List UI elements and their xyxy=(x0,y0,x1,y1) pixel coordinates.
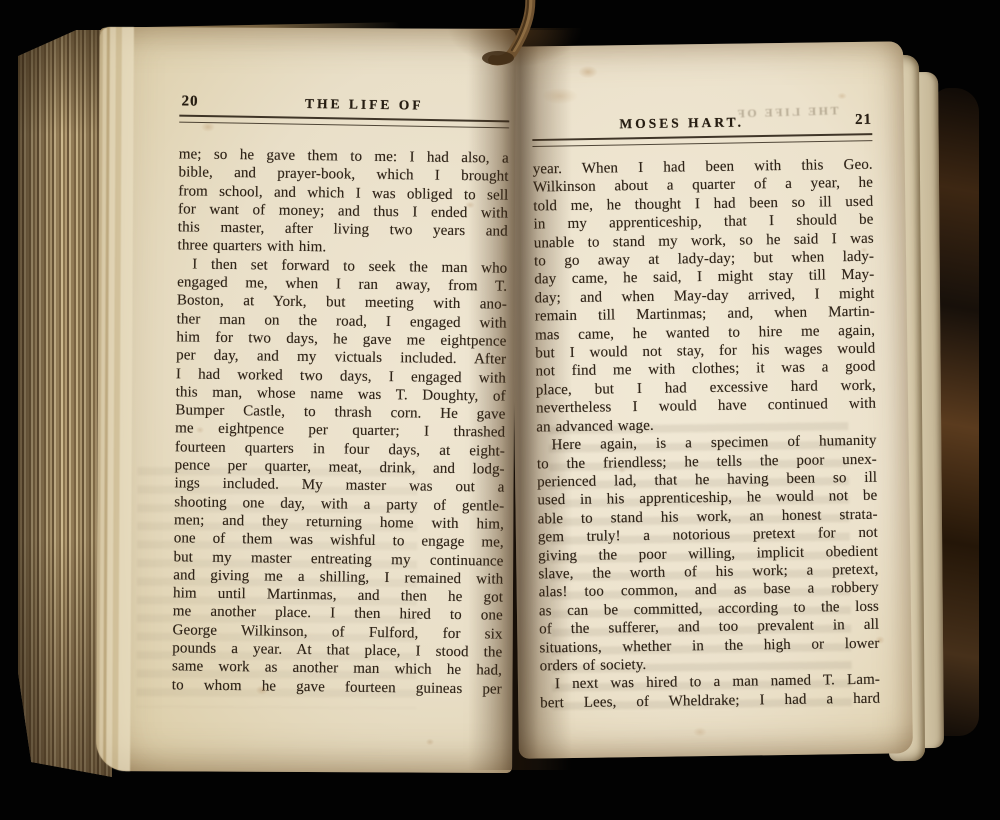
header-rule-right xyxy=(532,133,872,147)
book-photograph: { "photo": { "background": "#020202", "p… xyxy=(0,0,1000,820)
right-page: THE LIFE OF MOSES HART. 21 year. When I … xyxy=(509,41,913,758)
page-number-left: 20 xyxy=(181,93,198,110)
running-title-right: MOSES HART. xyxy=(619,115,744,133)
bookmark-cord xyxy=(478,0,568,75)
right-page-text-block: MOSES HART. 21 year. When I had been wit… xyxy=(532,112,880,713)
left-page: 20 THE LIFE OF me; so he gave them to me… xyxy=(96,27,516,773)
page-curl-edge xyxy=(96,27,134,771)
right-page-header: MOSES HART. 21 xyxy=(532,112,872,135)
left-page-text-block: 20 THE LIFE OF me; so he gave them to me… xyxy=(172,93,510,698)
text-line: bert Lees, of Wheldrake; I had a hard xyxy=(540,689,880,712)
left-page-header: 20 THE LIFE OF xyxy=(179,93,509,115)
page-number-right: 21 xyxy=(855,112,872,129)
header-rule-left xyxy=(179,115,509,129)
right-page-body: year. When I had been with this Geo.Wilk… xyxy=(533,156,881,713)
left-page-body: me; so he gave them to me: I had also, a… xyxy=(172,145,509,698)
running-title-left: THE LIFE OF xyxy=(305,96,424,114)
text-line: to whom he gave fourteen guineas per xyxy=(172,676,502,699)
